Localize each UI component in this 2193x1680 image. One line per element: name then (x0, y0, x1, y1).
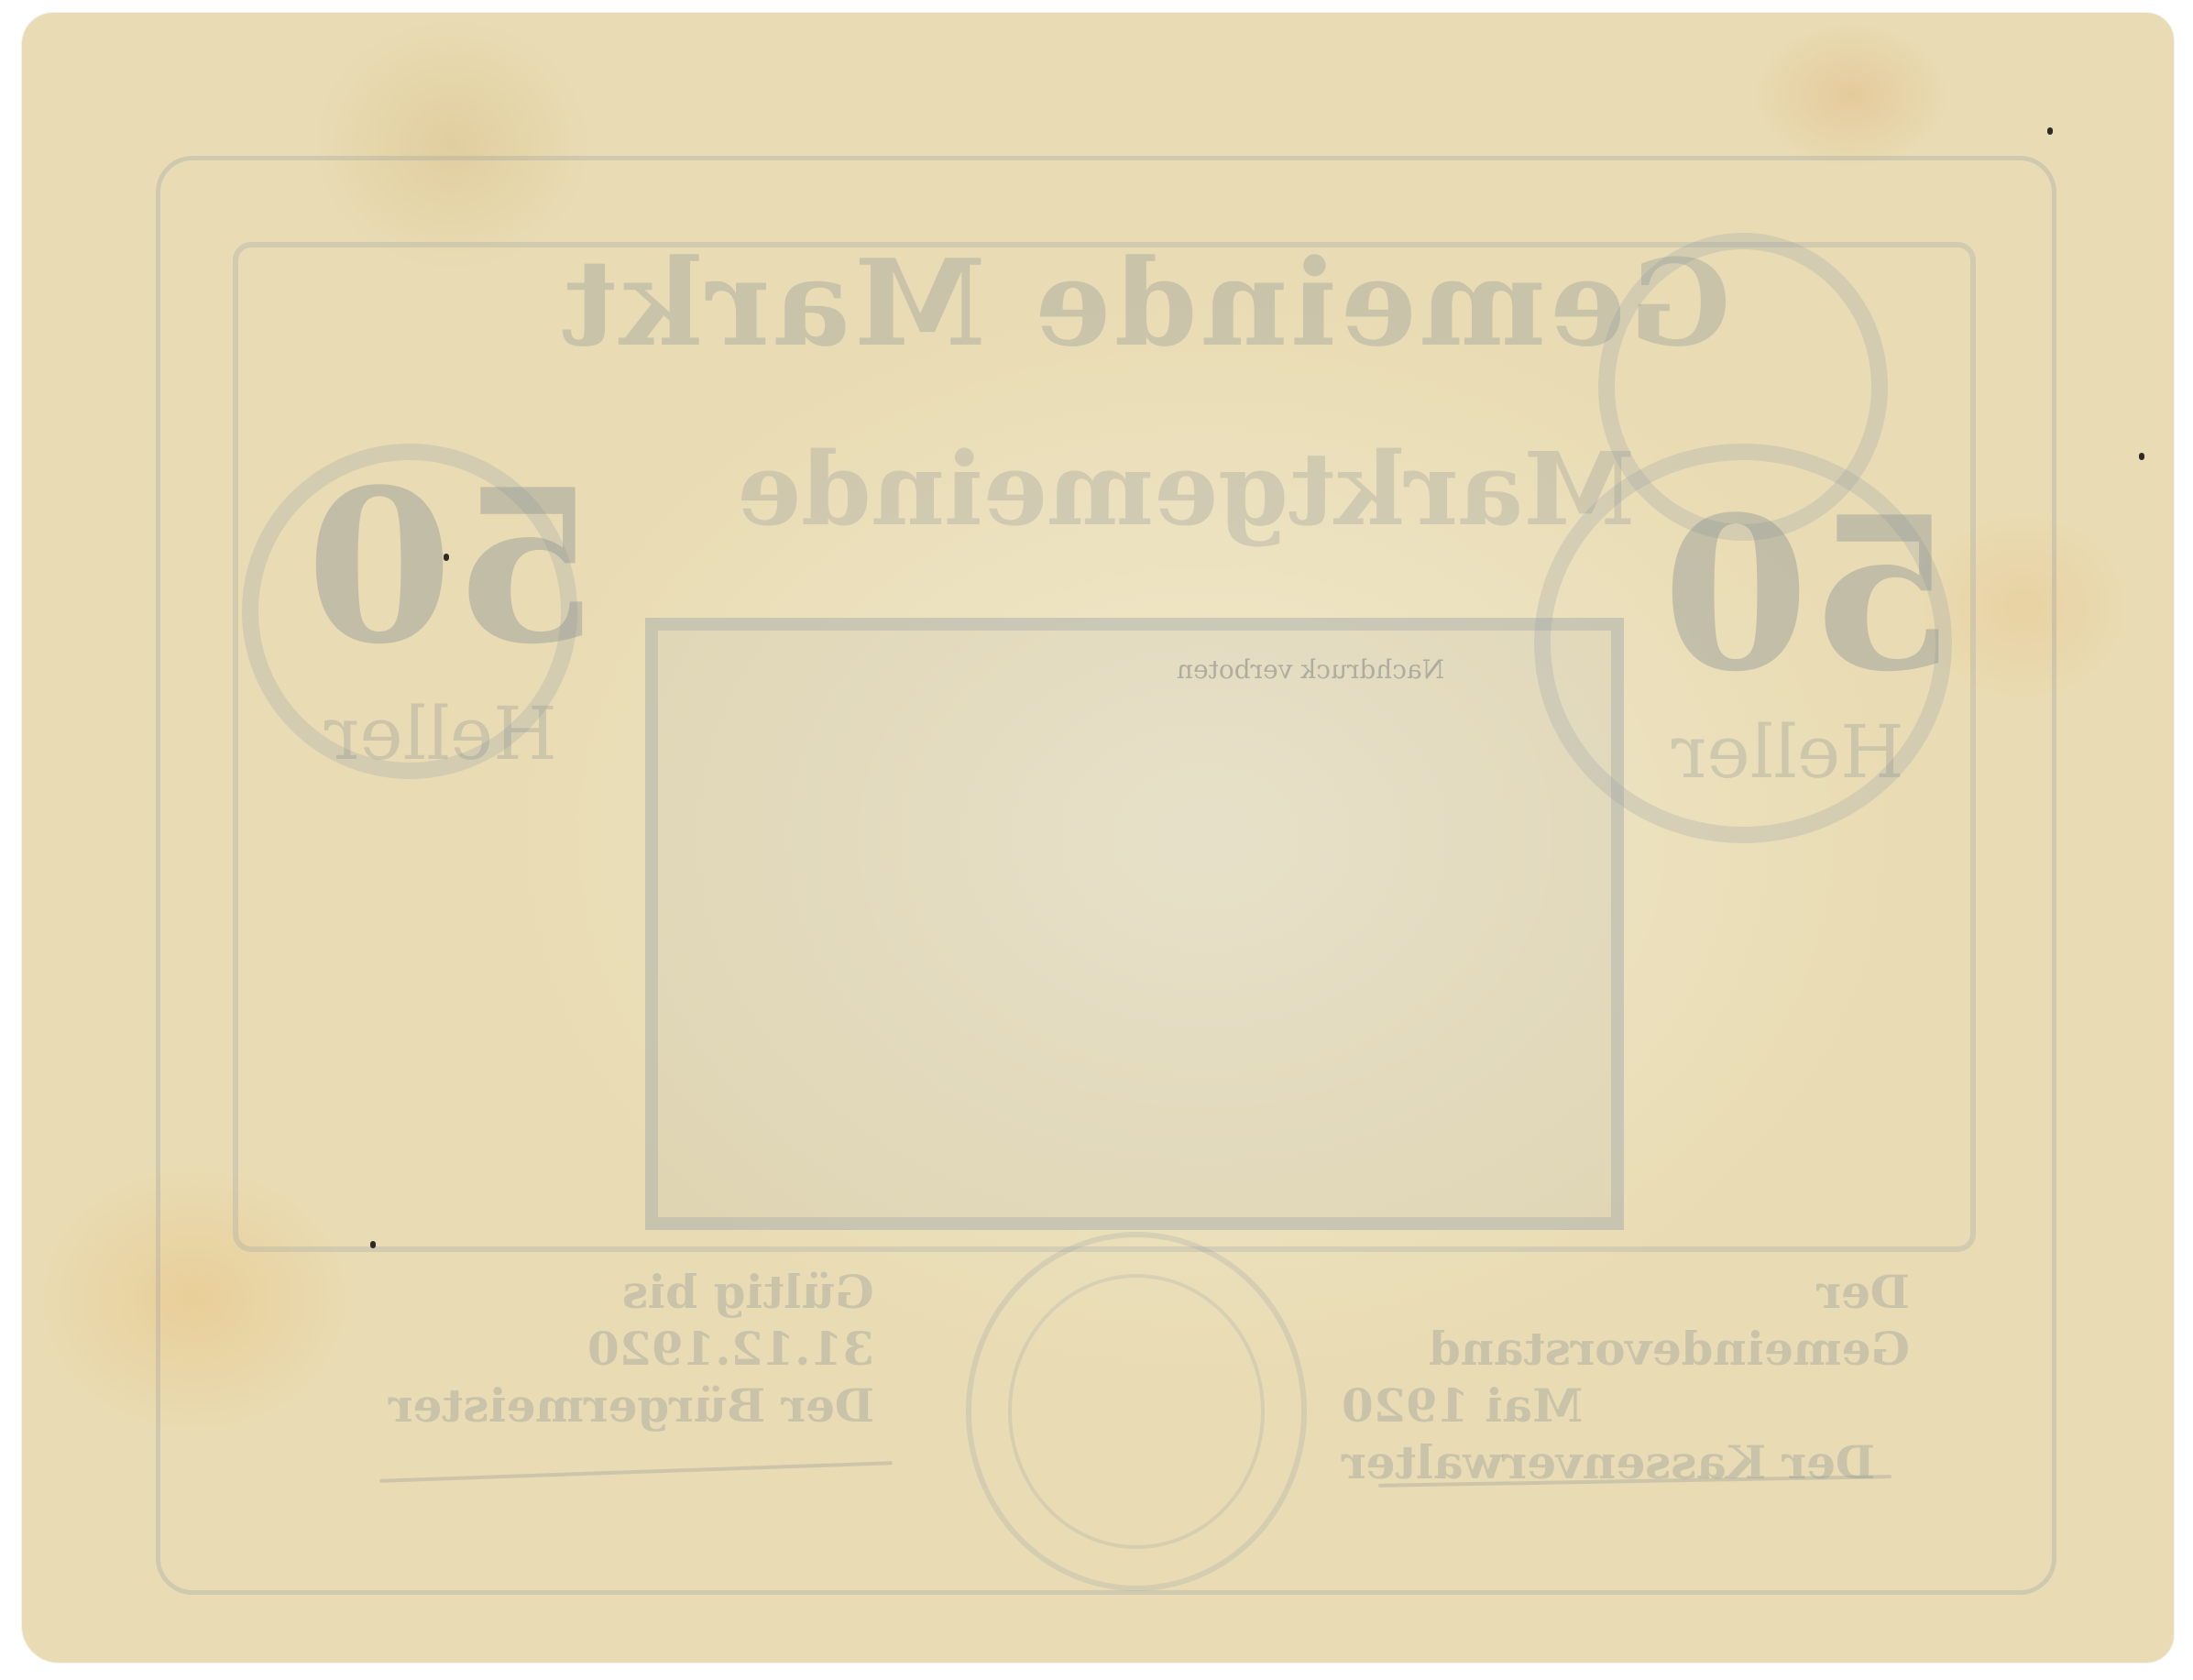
subtitle-text: Marktgemeinde (737, 430, 1543, 548)
paper-fleck (444, 554, 449, 561)
denomination-left: 50 (306, 444, 599, 691)
paper-fleck (370, 1241, 376, 1248)
paper-fleck (2139, 453, 2144, 460)
unit-right: Heller (1672, 709, 1904, 795)
paper-fleck (2047, 127, 2053, 135)
denomination-right: 50 (1662, 471, 1956, 719)
picture-caption: Nachdruck verboten (1177, 654, 1444, 685)
official-seal (966, 1232, 1307, 1591)
banknote-paper: Gemeinde Markt Marktgemeinde 50 50 Helle… (22, 13, 2174, 1663)
text-block-right: Der Gemeindevorstand Mai 1920 Der Kassen… (1342, 1264, 1910, 1491)
title-text: Gemeinde Markt (480, 233, 1809, 373)
unit-left: Heller (324, 691, 557, 776)
text-block-left: Gültig bis 31.12.1920 Der Bürgermeister (361, 1264, 874, 1434)
vignette-picture (645, 618, 1624, 1230)
